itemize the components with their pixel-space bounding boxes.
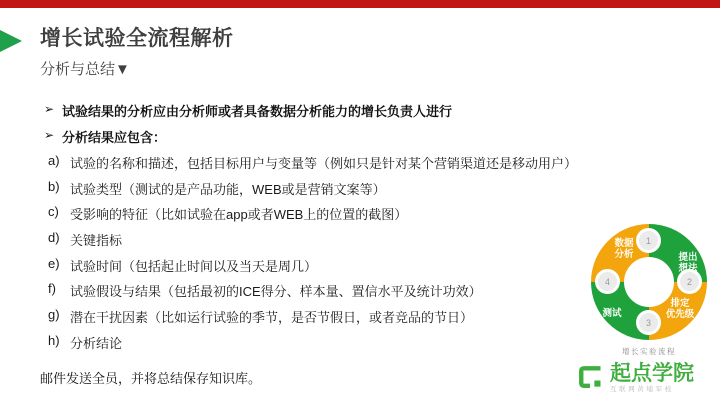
qidian-academy-logo: 起点学院 互联网黄埔军校 <box>576 362 694 394</box>
item-text: 分析结论 <box>70 333 122 359</box>
logo-tagline: 互联网黄埔军校 <box>610 386 694 394</box>
logo-name: 起点学院 <box>610 362 694 385</box>
step-badge-2: 2 <box>677 269 702 294</box>
page-title: 增长试验全流程解析 <box>40 26 234 52</box>
item-text: 试验的名称和描述，包括目标用户与变量等（例如只是针对某个营销渠道还是移动用户） <box>70 153 577 179</box>
step-badge-1: 1 <box>636 228 661 253</box>
segment-label-line: 优先级 <box>657 309 703 320</box>
bullet-item: ➢ 分析结果应包含： <box>44 127 604 153</box>
item-letter: b) <box>48 179 70 205</box>
item-letter: f) <box>48 281 70 307</box>
bullet-text: 试验结果的分析应由分析师或者具备数据分析能力的增长负责人进行 <box>62 101 452 127</box>
item-letter: a) <box>48 153 70 179</box>
bullet-text: 分析结果应包含： <box>62 127 166 153</box>
logo-bracket-icon <box>576 363 604 391</box>
top-accent-bar <box>0 0 720 8</box>
cycle-ring: 数据 分析 提出 想法 排定 优先级 测试 1 2 3 4 <box>591 224 707 340</box>
segment-label-prioritize: 排定 优先级 <box>657 298 703 320</box>
item-text: 受影响的特征（比如试验在app或者WEB上的位置的截图） <box>70 204 407 230</box>
growth-cycle-diagram: 数据 分析 提出 想法 排定 优先级 测试 1 2 3 4 增长实验流程 <box>588 224 710 357</box>
segment-label-line: 排定 <box>657 298 703 309</box>
item-text: 关键指标 <box>70 230 122 256</box>
segment-label-test: 测试 <box>597 308 627 319</box>
logo-text-block: 起点学院 互联网黄埔军校 <box>610 362 694 394</box>
segment-label-line: 测试 <box>597 308 627 319</box>
item-letter: h) <box>48 333 70 359</box>
step-badge-4: 4 <box>595 269 620 294</box>
title-arrow-icon <box>0 30 22 52</box>
diagram-caption: 增长实验流程 <box>588 346 710 357</box>
item-letter: g) <box>48 307 70 333</box>
footer-note: 邮件发送全员，并将总结保存知识库。 <box>40 368 261 387</box>
item-letter: d) <box>48 230 70 256</box>
list-item: b) 试验类型（测试的是产品功能，WEB或是营销文案等） <box>48 179 698 205</box>
arrow-bullet-icon: ➢ <box>44 127 62 153</box>
bullet-item: ➢ 试验结果的分析应由分析师或者具备数据分析能力的增长负责人进行 <box>44 101 604 127</box>
item-letter: c) <box>48 204 70 230</box>
segment-label-line: 分析 <box>605 249 643 260</box>
item-text: 试验时间（包括起止时间以及当天是周几） <box>70 256 317 282</box>
list-item: a) 试验的名称和描述，包括目标用户与变量等（例如只是针对某个营销渠道还是移动用… <box>48 153 698 179</box>
slide: { "header": { "title": "增长试验全流程解析", "sub… <box>0 0 720 405</box>
bullet-list: ➢ 试验结果的分析应由分析师或者具备数据分析能力的增长负责人进行 ➢ 分析结果应… <box>44 101 604 153</box>
item-text: 试验类型（测试的是产品功能，WEB或是营销文案等） <box>70 179 386 205</box>
step-badge-3: 3 <box>636 310 661 335</box>
page-subtitle: 分析与总结▼ <box>40 61 130 79</box>
arrow-bullet-icon: ➢ <box>44 101 62 127</box>
item-letter: e) <box>48 256 70 282</box>
segment-label-line: 提出 <box>673 252 703 263</box>
item-text: 试验假设与结果（包括最初的ICE得分、样本量、置信水平及统计功效） <box>70 281 482 307</box>
item-text: 潜在干扰因素（比如运行试验的季节，是否节假日，或者竞品的节日） <box>70 307 473 333</box>
